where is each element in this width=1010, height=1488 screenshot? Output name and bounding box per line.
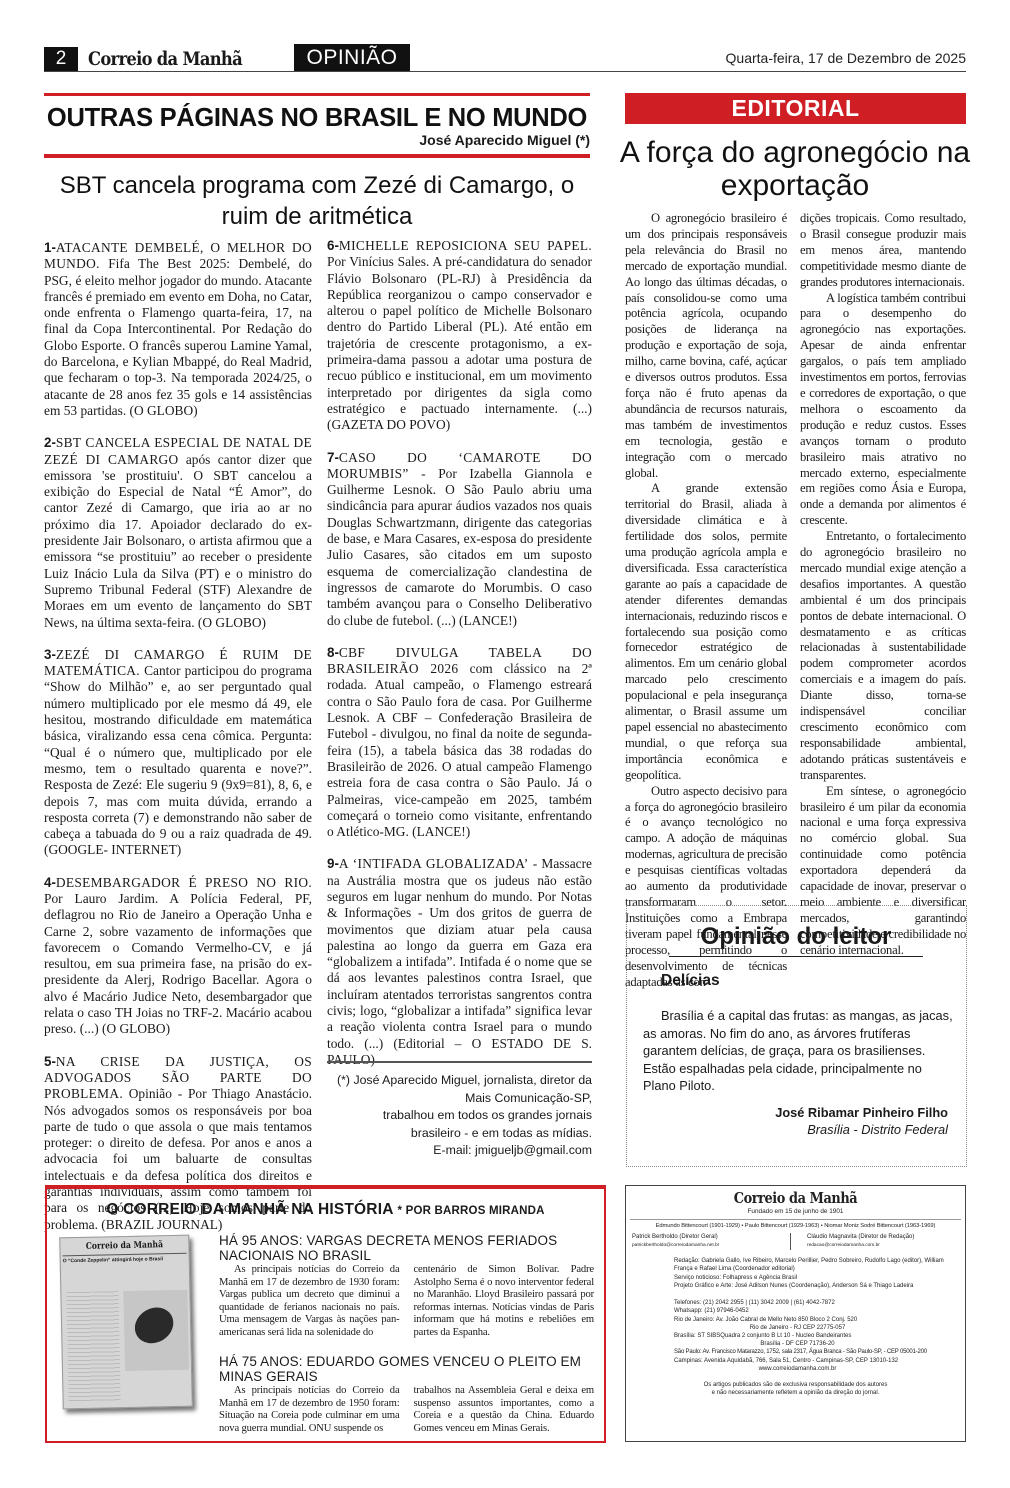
contact-info: Telefones: (21) 2042 2955 | (11) 3042 20…: [626, 1299, 965, 1373]
news-item: 9-A ‘INTIFADA GLOBALIZADA’ - Massacre na…: [327, 856, 592, 1068]
paragraph: dições tropicais. Como resultado, o Bras…: [800, 211, 966, 291]
editorial-label: EDITORIAL: [625, 93, 966, 124]
history-box: O CORREIO DA MANHÃ NA HISTÓRIA * POR BAR…: [45, 1185, 606, 1443]
letter-body: Brasília é a capital das frutas: as mang…: [643, 1007, 953, 1095]
news-item: 6-MICHELLE REPOSICIONA SEU PAPEL. Por Vi…: [327, 238, 592, 434]
founded-date: Fundado em 15 de junho de 1901: [626, 1208, 965, 1215]
section-tag: OPINIÃO: [294, 44, 410, 71]
website-link[interactable]: www.correiodamanha.com.br: [674, 1365, 961, 1373]
letter-location: Brasília - Distrito Federal: [807, 1122, 948, 1137]
reader-opinion-title: Opinião do leitor: [669, 920, 923, 957]
column-headline: SBT cancela programa com Zezé di Camargo…: [44, 170, 590, 232]
founders-line: Edmundo Bittencourt (1901-1929) • Paulo …: [626, 1223, 965, 1229]
editorial-column-2: dições tropicais. Como resultado, o Bras…: [800, 211, 966, 959]
staff-list: Redação: Gabriela Gallo, Ive Ribeiro, Ma…: [626, 1257, 965, 1290]
history-heading: HÁ 95 ANOS: VARGAS DECRETA MENOS FERIADO…: [219, 1233, 594, 1263]
paragraph: A grande extensão territorial do Brasil,…: [625, 481, 787, 783]
column-byline: José Aparecido Miguel (*): [44, 132, 590, 148]
column-header: OUTRAS PÁGINAS NO BRASIL E NO MUNDO José…: [44, 93, 590, 158]
news-item: 2-SBT CANCELA ESPECIAL DE NATAL DE ZEZÉ …: [44, 435, 312, 631]
divider: [44, 154, 590, 158]
divider: [327, 1061, 592, 1063]
email-link[interactable]: redacao@correiodamanha.com.br: [807, 1243, 880, 1248]
divider: [630, 1219, 961, 1220]
divider: [44, 93, 590, 96]
column-text-right: 6-MICHELLE REPOSICIONA SEU PAPEL. Por Vi…: [327, 238, 592, 1084]
news-item: 1-ATACANTE DEMBELÉ, O MELHOR DO MUNDO. F…: [44, 240, 312, 419]
email-link[interactable]: patrickbertholdo@correiodamanha.net.br: [632, 1243, 719, 1248]
letter-title: Delícias: [661, 972, 720, 990]
history-entry: HÁ 75 ANOS: EDUARDO GOMES VENCEU O PLEIT…: [219, 1354, 594, 1435]
reader-opinion-box: Opinião do leitor Delícias Brasília é a …: [626, 905, 967, 1167]
history-title: O CORREIO DA MANHÃ NA HISTÓRIA * POR BAR…: [47, 1201, 604, 1219]
directors: Patrick Bertholdo (Diretor Geral) patric…: [626, 1233, 965, 1250]
history-entry: HÁ 95 ANOS: VARGAS DECRETA MENOS FERIADO…: [219, 1233, 594, 1340]
page-number: 2: [44, 47, 78, 71]
history-heading: HÁ 75 ANOS: EDUARDO GOMES VENCEU O PLEIT…: [219, 1354, 594, 1384]
author-email: E-mail: jmigueljb@gmail.com: [322, 1142, 592, 1160]
author-footnote: (*) José Aparecido Miguel, jornalista, d…: [322, 1072, 592, 1160]
letter-author: José Ribamar Pinheiro Filho: [775, 1105, 948, 1120]
issue-date: Quarta-feira, 17 de Dezembro de 2025: [726, 50, 966, 66]
column-text-left: 1-ATACANTE DEMBELÉ, O MELHOR DO MUNDO. F…: [44, 240, 312, 1249]
paragraph: Entretanto, o fortalecimento do agronegó…: [800, 529, 966, 784]
paragraph: A logística também contribui para o dese…: [800, 291, 966, 530]
news-item: 7-CASO DO ‘CAMAROTE DO MORUMBIS” - Por I…: [327, 450, 592, 629]
column-title: OUTRAS PÁGINAS NO BRASIL E NO MUNDO: [44, 104, 590, 132]
paragraph: O agronegócio brasileiro é um dos princi…: [625, 211, 787, 481]
editorial-column-1: O agronegócio brasileiro é um dos princi…: [625, 211, 787, 990]
archive-front-page-image: Correio da Manhã O “Conde Zeppelin” atti…: [59, 1235, 193, 1410]
news-item: 4-DESEMBARGADOR É PRESO NO RIO. Por Laur…: [44, 875, 312, 1038]
masthead-logo: Correio da Manhã: [88, 46, 242, 72]
masthead-box: Correio da Manhã Fundado em 15 de junho …: [625, 1185, 966, 1442]
editorial-title: A força do agronegócio na exportação: [615, 136, 975, 202]
disclaimer: Os artigos publicados são de exclusiva r…: [626, 1381, 965, 1397]
masthead-logo: Correio da Manhã: [650, 1189, 942, 1207]
news-item: 8-CBF DIVULGA TABELA DO BRASILEIRÃO 2026…: [327, 645, 592, 841]
page-header: 2 Correio da Manhã OPINIÃO Quarta-feira,…: [44, 46, 966, 72]
news-item: 3-ZEZÉ DI CAMARGO É RUIM DE MATEMÁTICA. …: [44, 647, 312, 859]
